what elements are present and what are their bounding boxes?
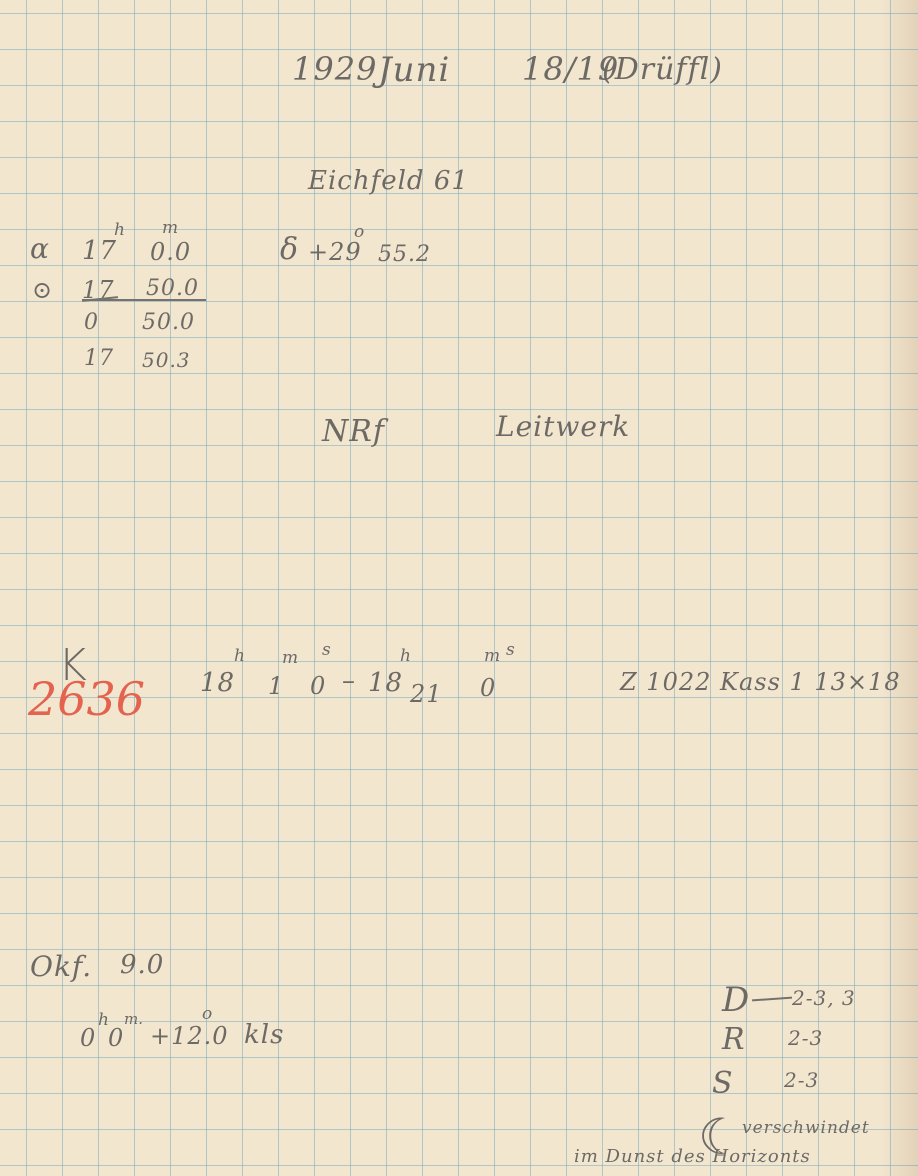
alpha-minutes-unit: m bbox=[162, 218, 178, 238]
delta-degrees: +29 bbox=[308, 238, 362, 266]
position-minutes: 0 bbox=[108, 1024, 124, 1052]
row3-hours: 0 bbox=[84, 310, 99, 335]
notebook-page: 1929 Juni 18/19 (Drüffl) Eichfeld 61 α 1… bbox=[0, 0, 918, 1176]
position-offset: +12.0 bbox=[150, 1022, 229, 1050]
start-hours: 18 bbox=[200, 668, 235, 698]
position-direction: kls bbox=[244, 1020, 284, 1050]
condition-R-value: 2-3 bbox=[788, 1026, 823, 1050]
observer-name: Leitwerk bbox=[496, 410, 630, 443]
row2-minutes: 50.0 bbox=[146, 276, 199, 301]
moon-note-line2: im Dunst des Horizonts bbox=[574, 1146, 811, 1167]
condition-S-value: 2-3 bbox=[784, 1068, 819, 1092]
end-hours-unit: h bbox=[400, 646, 411, 666]
header-note: (Drüffl) bbox=[602, 52, 723, 87]
alpha-hours: 17 bbox=[82, 236, 117, 266]
object-name: Eichfeld 61 bbox=[308, 166, 469, 196]
ocular-value: 9.0 bbox=[120, 950, 164, 980]
D-stroke bbox=[752, 997, 792, 1001]
start-minutes: 1 bbox=[268, 672, 284, 700]
alpha-minutes: 0.0 bbox=[150, 238, 191, 266]
delta-degree-unit: o bbox=[354, 222, 364, 242]
row4-minutes: 50.3 bbox=[142, 348, 191, 372]
condition-D-value: 2-3, 3 bbox=[792, 986, 856, 1010]
plate-info: Z 1022 Kass 1 13×18 bbox=[620, 668, 901, 696]
plate-number: 2636 bbox=[28, 672, 145, 726]
header-month: Juni bbox=[378, 50, 450, 90]
end-minutes: 21 bbox=[410, 680, 443, 708]
end-hours: 18 bbox=[368, 668, 403, 698]
end-minutes-unit: m bbox=[484, 646, 500, 666]
row3-minutes: 50.0 bbox=[142, 310, 195, 335]
start-seconds: 0 bbox=[310, 672, 326, 700]
moon-note-line1: verschwindet bbox=[742, 1118, 870, 1138]
sidereal-symbol: ⊙ bbox=[32, 276, 53, 304]
position-hours: 0 bbox=[80, 1024, 96, 1052]
delta-minutes: 55.2 bbox=[378, 242, 431, 267]
start-minutes-unit: m bbox=[282, 648, 298, 668]
row4-hours: 17 bbox=[84, 346, 114, 371]
start-hours-unit: h bbox=[234, 646, 245, 666]
header-year: 1929 bbox=[292, 50, 377, 88]
condition-R-label: R bbox=[722, 1022, 746, 1057]
alpha-symbol: α bbox=[30, 232, 50, 265]
end-seconds: 0 bbox=[480, 674, 496, 702]
ocular-label: Okf. bbox=[30, 950, 92, 983]
alpha-hours-unit: h bbox=[114, 220, 125, 240]
range-separator: – bbox=[342, 666, 356, 696]
position-minutes-unit: m. bbox=[124, 1010, 143, 1028]
condition-S-label: S bbox=[712, 1066, 734, 1101]
sum-rule bbox=[82, 299, 206, 301]
delta-symbol: δ bbox=[280, 232, 299, 267]
start-seconds-unit: s bbox=[322, 640, 331, 660]
instrument-label: NRf bbox=[322, 414, 385, 449]
condition-D-label: D bbox=[722, 980, 750, 1020]
end-seconds-unit: s bbox=[506, 640, 515, 660]
position-offset-unit: o bbox=[202, 1004, 212, 1024]
